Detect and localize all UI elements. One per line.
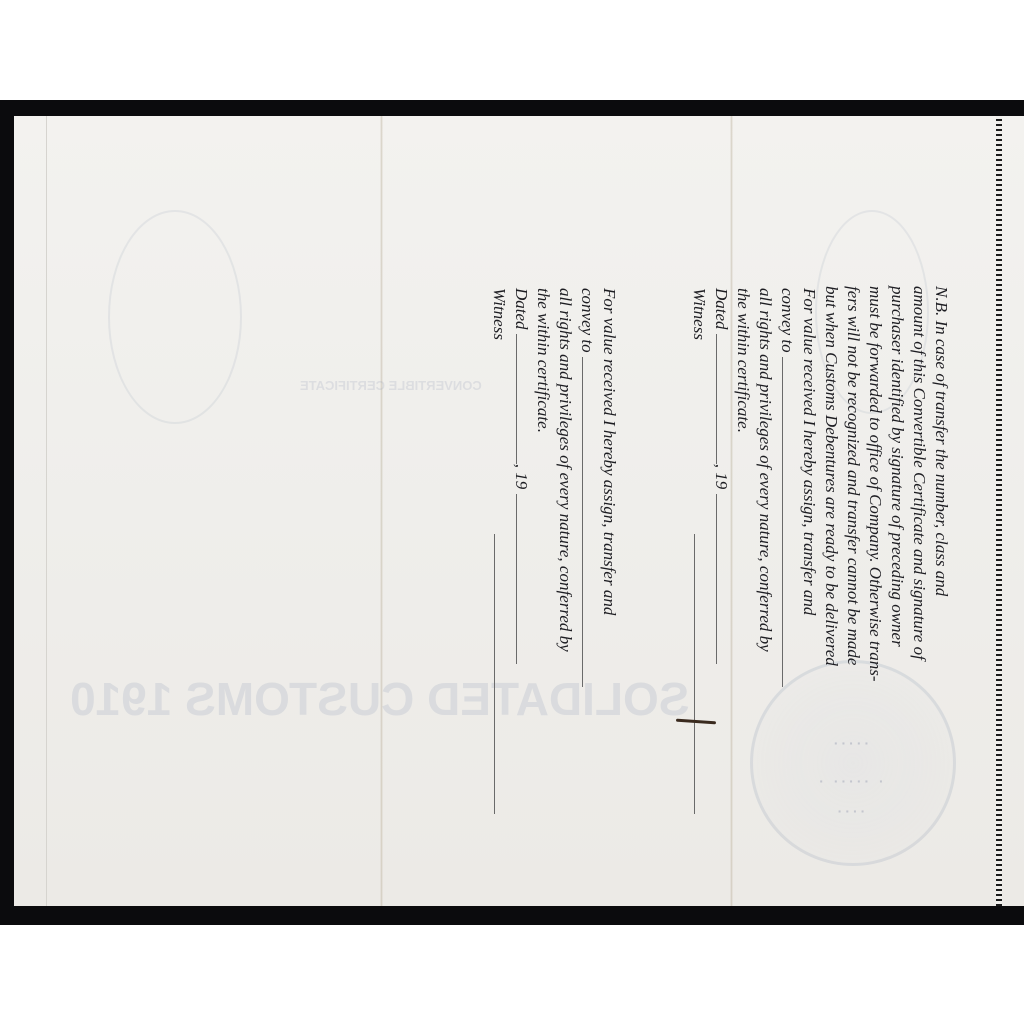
assignment-text: all rights and privileges of every natur… bbox=[554, 288, 576, 814]
bleed-through-vignette bbox=[108, 210, 242, 424]
year-label: , 19 bbox=[512, 464, 531, 490]
signature-field[interactable] bbox=[716, 494, 731, 664]
assignment-form-2: For value received I hereby assign, tran… bbox=[488, 288, 620, 814]
assignment-text: For value received I hereby assign, tran… bbox=[598, 288, 620, 814]
assignment-form-1: For value received I hereby assign, tran… bbox=[688, 288, 820, 814]
convey-to-label: convey to bbox=[578, 288, 597, 353]
year-label: , 19 bbox=[712, 464, 731, 490]
witness-row: Witness bbox=[688, 288, 710, 814]
convey-to-label: convey to bbox=[778, 288, 797, 353]
witness-signature-field[interactable] bbox=[694, 534, 709, 814]
notice-line: but when Customs Debentures are ready to… bbox=[820, 286, 842, 682]
dated-row: Dated , 19 bbox=[710, 288, 732, 814]
dated-row: Dated , 19 bbox=[510, 288, 532, 814]
witness-label: Witness bbox=[490, 288, 509, 340]
assignee-field[interactable] bbox=[782, 357, 797, 687]
transfer-notice: N.B. In case of transfer the number, cla… bbox=[820, 286, 952, 682]
paper-edge-line bbox=[46, 116, 47, 906]
assignment-text: the within certificate. bbox=[732, 288, 754, 814]
assignee-field[interactable] bbox=[582, 357, 597, 687]
notice-line: amount of this Convertible Certificate a… bbox=[908, 286, 930, 682]
bleed-through-subtitle: CONVERTIBLE CERTIFICATE bbox=[300, 378, 482, 393]
notice-line: fers will not be recognized and transfer… bbox=[842, 286, 864, 682]
assignment-text: all rights and privileges of every natur… bbox=[754, 288, 776, 814]
dated-label: Dated bbox=[712, 288, 731, 330]
dated-label: Dated bbox=[512, 288, 531, 330]
notice-line: purchaser identified by signature of pre… bbox=[886, 286, 908, 682]
fold-crease-left bbox=[380, 116, 383, 906]
notice-line: must be forwarded to office of Company. … bbox=[864, 286, 886, 682]
signature-field[interactable] bbox=[516, 494, 531, 664]
perforated-edge bbox=[996, 116, 1002, 906]
date-field[interactable] bbox=[516, 334, 531, 464]
witness-row: Witness bbox=[488, 288, 510, 814]
date-field[interactable] bbox=[716, 334, 731, 464]
convey-to-row: convey to bbox=[576, 288, 598, 814]
witness-signature-field[interactable] bbox=[494, 534, 509, 814]
witness-label: Witness bbox=[690, 288, 709, 340]
notice-line: N.B. In case of transfer the number, cla… bbox=[930, 286, 952, 682]
assignment-text: the within certificate. bbox=[532, 288, 554, 814]
convey-to-row: convey to bbox=[776, 288, 798, 814]
assignment-text: For value received I hereby assign, tran… bbox=[798, 288, 820, 814]
